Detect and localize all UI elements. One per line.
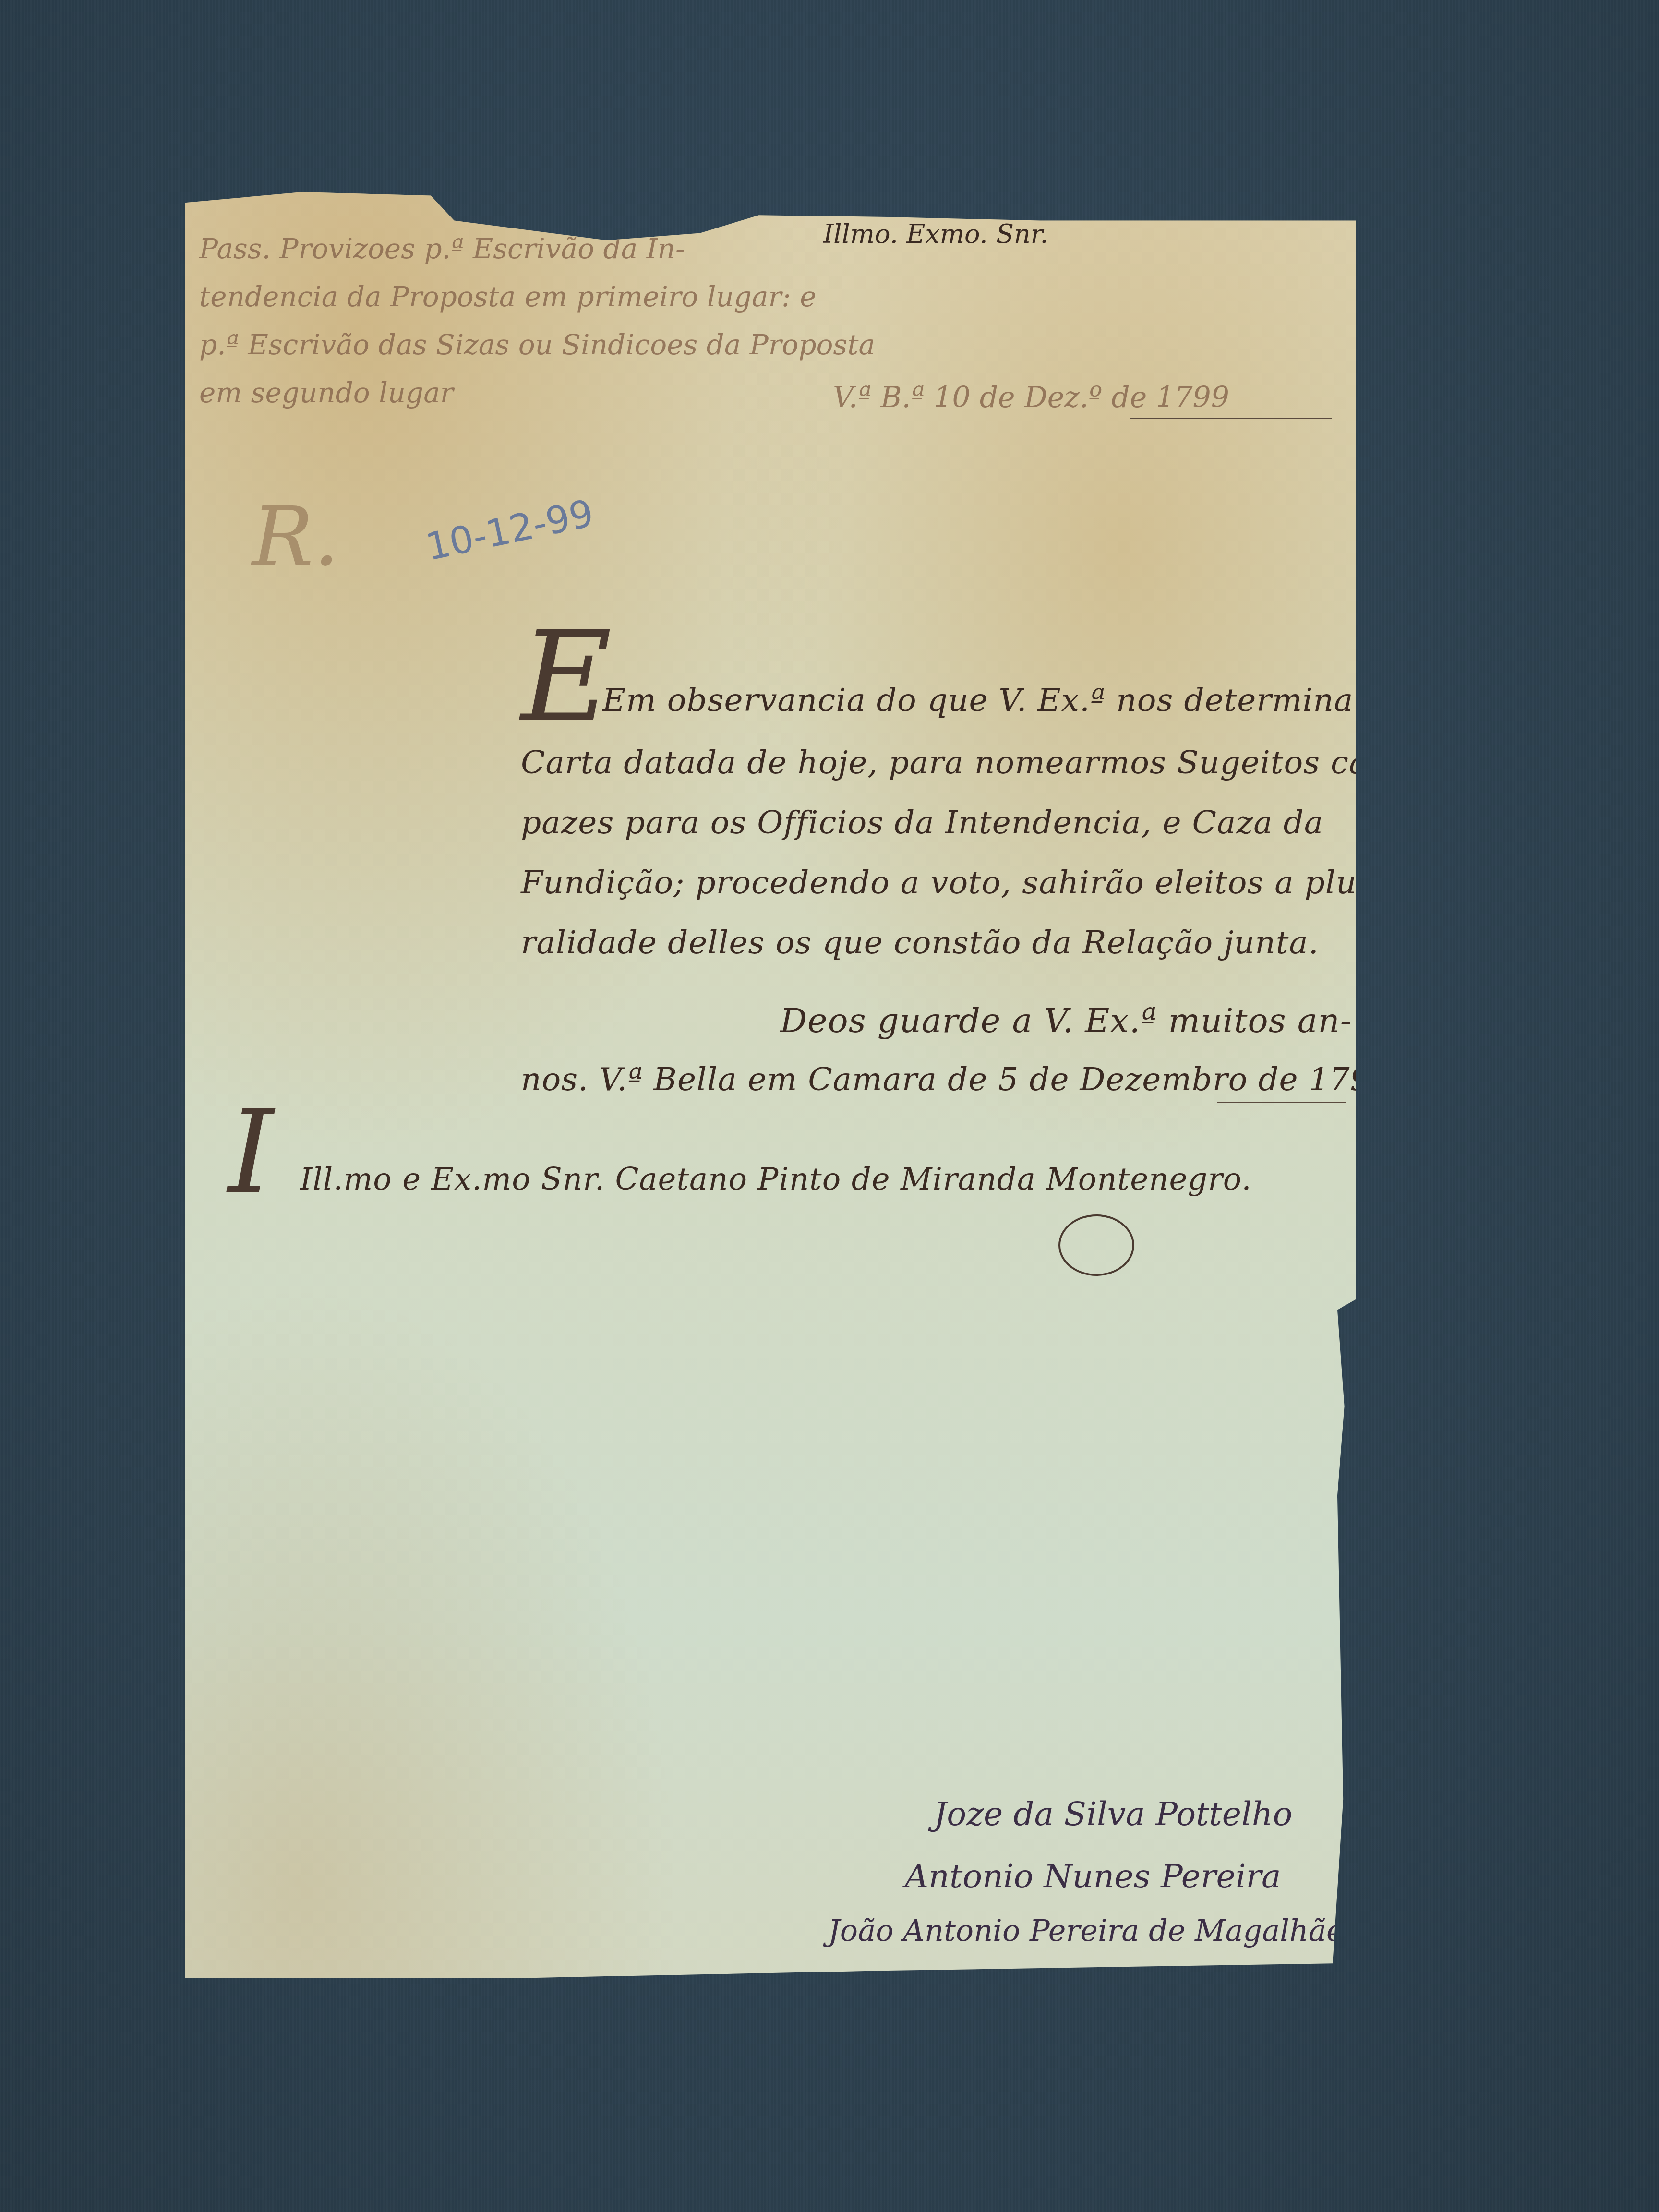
- signature-1: Joze da Silva Pottelho: [934, 1795, 1293, 1833]
- body-line-1: Em observancia do que V. Ex.ª nos determ…: [602, 682, 1414, 719]
- header-date-underline: [1130, 418, 1332, 419]
- rubric-flourish: [1058, 1214, 1134, 1276]
- closing-line-2: nos. V.ª Bella em Camara de 5 de Dezembr…: [521, 1061, 1402, 1098]
- closing-line-1: Deos guarde a V. Ex.ª muitos an-: [780, 1001, 1352, 1040]
- decorative-initial-E: E: [521, 605, 612, 750]
- header-salutation: Illmo. Exmo. Snr.: [823, 211, 1048, 257]
- body-line-5: ralidade delles os que constão da Relaçã…: [521, 924, 1319, 961]
- signature-4: Francisco Vieira Passos: [847, 1971, 1215, 2006]
- body-line-4: Fundição; procedendo a voto, sahirão ele…: [521, 864, 1368, 901]
- header-note-line-1: Pass. Provizoes p.ª Escrivão da In-: [199, 226, 685, 272]
- body-line-3: pazes para os Officios da Intendencia, e…: [521, 804, 1323, 841]
- pencil-date-annotation: 10-12-99: [422, 492, 598, 569]
- decorative-initial-I: I: [228, 1085, 274, 1219]
- date-underline: [1217, 1102, 1346, 1103]
- header-note-line-3: p.ª Escrivão das Sizas ou Sindicoes da P…: [199, 322, 875, 368]
- addressee-line: Ill.mo e Ex.mo Snr. Caetano Pinto de Mir…: [300, 1162, 1252, 1197]
- signature-3: João Antonio Pereira de Magalhães: [828, 1913, 1359, 1948]
- header-note-line-2: tendencia da Proposta em primeiro lugar:…: [199, 274, 817, 320]
- signature-2: Antonio Nunes Pereira: [905, 1858, 1281, 1896]
- body-line-2: Carta datada de hoje, para nomearmos Sug…: [521, 744, 1380, 781]
- margin-flourish-mark: R.: [252, 490, 339, 585]
- header-note-line-4: em segundo lugar: [199, 370, 454, 416]
- header-date: V.ª B.ª 10 de Dez.º de 1799: [833, 374, 1229, 421]
- manuscript-page: Pass. Provizoes p.ª Escrivão da In- tend…: [185, 192, 1356, 1978]
